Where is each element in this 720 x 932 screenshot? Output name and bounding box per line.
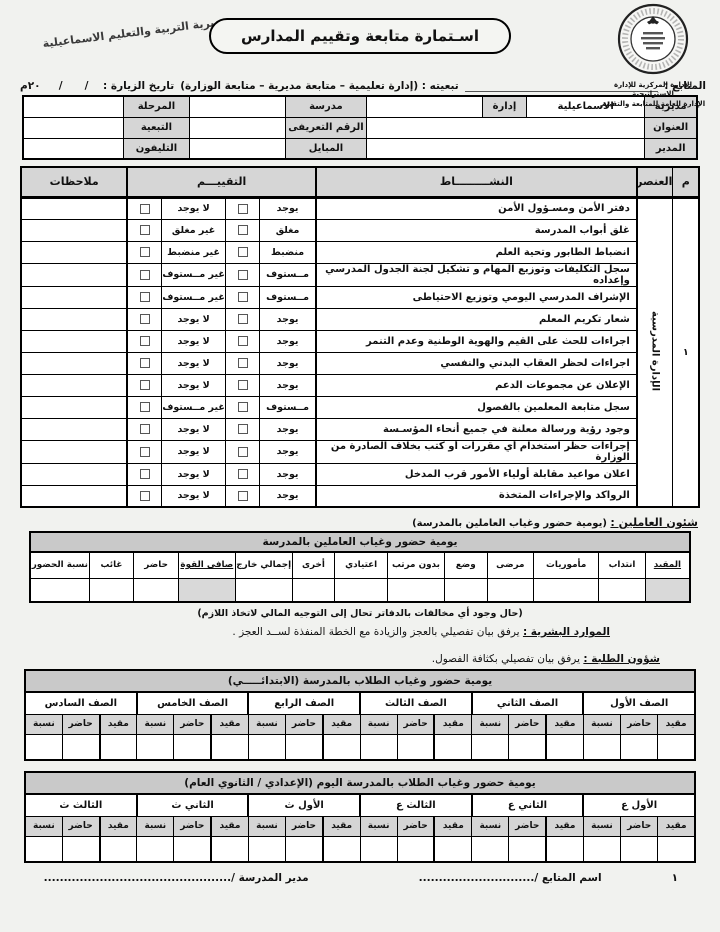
option2-checkbox[interactable] — [140, 270, 150, 280]
value-cell[interactable] — [621, 734, 658, 760]
option1-checkbox[interactable] — [238, 402, 248, 412]
option2-checkbox-cell — [127, 352, 161, 374]
subcol-rate: نسبة — [583, 816, 620, 836]
option2-checkbox-cell — [127, 374, 161, 396]
value-cell[interactable] — [286, 734, 323, 760]
value-cell[interactable] — [137, 734, 174, 760]
option2-checkbox[interactable] — [140, 447, 150, 457]
option1-checkbox-cell — [226, 241, 260, 263]
col-secondment: انتداب — [599, 552, 646, 578]
checklist-row: إجراءات حظر استخدام أي مقررات أو كتب بخل… — [21, 440, 699, 463]
hr-section-label: الموارد البشرية : — [523, 626, 610, 638]
value-cell[interactable] — [174, 836, 211, 862]
activity-cell: شعار تكريم المعلم — [316, 308, 637, 330]
option2-label: غير مــستوف — [161, 396, 225, 418]
option2-label: غير مــستوف — [161, 263, 225, 286]
secondary-students-table: يومية حضور وغياب الطلاب بالمدرسة اليوم (… — [24, 771, 696, 863]
option2-checkbox-cell — [127, 219, 161, 241]
grade-sec-3: الثالث ث — [25, 794, 137, 816]
checklist-row: غلق أبواب المدرسة مغلق غير مغلق — [21, 219, 699, 241]
primary-table-title-row: يومية حضور وغياب الطلاب بالمدرسة (الابتد… — [25, 670, 695, 692]
footer: ١ اسم المتابع /.........................… — [40, 872, 678, 884]
checklist-row: اجراءات لحظر العقاب البدني والنفسي يوجد … — [21, 352, 699, 374]
school-value[interactable] — [190, 96, 286, 117]
notes-cell[interactable] — [21, 286, 127, 308]
subcol-present: حاضر — [286, 816, 323, 836]
col-sick: مرضى — [487, 552, 534, 578]
subcol-rate: نسبة — [137, 816, 174, 836]
option1-checkbox[interactable] — [238, 491, 248, 501]
maternity-value[interactable] — [444, 578, 487, 602]
col-registered: المقيد — [645, 552, 690, 578]
directorate-side-note: مديرية التربية والتعليم الاسماعيلية — [42, 15, 228, 51]
option1-checkbox-cell — [226, 308, 260, 330]
attendance-rate-value[interactable] — [30, 578, 89, 602]
value-cell[interactable] — [25, 734, 62, 760]
option1-checkbox-cell — [226, 463, 260, 485]
subcol-rate: نسبة — [25, 816, 62, 836]
value-cell[interactable] — [100, 836, 137, 862]
ministry-seal-block: الإدارة المركزية للإدارة الاستراتيجية ال… — [594, 2, 712, 109]
subcol-rate: نسبة — [472, 816, 509, 836]
subcol-registered: مقيد — [100, 714, 137, 734]
secondary-table-title-row: يومية حضور وغياب الطلاب بالمدرسة اليوم (… — [25, 772, 695, 794]
option1-checkbox-cell — [226, 396, 260, 418]
option1-label: يوجد — [260, 308, 316, 330]
subcol-present: حاضر — [286, 714, 323, 734]
option1-label: يوجد — [260, 485, 316, 507]
activity-cell: سجل التكليفات وتوزيع المهام و تشكيل لجنة… — [316, 263, 637, 286]
affiliation-text: تبعيته : (إدارة تعليمية – متابعة مديرية … — [180, 80, 459, 92]
element-name-vertical: الإدارة المدرسية — [650, 311, 661, 391]
value-cell[interactable] — [546, 734, 583, 760]
element-number: ١ — [673, 197, 699, 507]
col-absent: غائب — [89, 552, 134, 578]
option1-label: مغلق — [260, 219, 316, 241]
checklist-row: الإعلان عن مجموعات الدعم يوجد لا يوجد — [21, 374, 699, 396]
notes-cell[interactable] — [21, 485, 127, 507]
subcol-rate: نسبة — [472, 714, 509, 734]
staff-attendance-table: يومية حضور وغياب العاملين بالمدرسة المقي… — [29, 531, 691, 603]
option2-checkbox[interactable] — [140, 247, 150, 257]
subcol-present: حاضر — [174, 816, 211, 836]
element-name-cell: الإدارة المدرسية — [637, 197, 673, 507]
value-cell[interactable] — [286, 836, 323, 862]
option2-checkbox-cell — [127, 263, 161, 286]
principal-signature[interactable]: مدير المدرسة /..........................… — [44, 872, 309, 884]
option2-checkbox[interactable] — [140, 402, 150, 412]
col-maternity: وضع — [444, 552, 487, 578]
grade-3: الصف الثالث — [360, 692, 472, 714]
option1-checkbox-cell — [226, 352, 260, 374]
subcol-present: حاضر — [174, 714, 211, 734]
notes-cell[interactable] — [21, 374, 127, 396]
value-cell[interactable] — [583, 734, 620, 760]
org-line-2: الإدارة العامة للمتابعة والتقييم — [594, 100, 712, 109]
subcol-present: حاضر — [62, 816, 99, 836]
value-cell[interactable] — [434, 836, 471, 862]
value-cell[interactable] — [248, 836, 285, 862]
checklist-row: شعار تكريم المعلم يوجد لا يوجد — [21, 308, 699, 330]
col-missions: مأموريات — [534, 552, 599, 578]
col-total-out: إجمالي خارج — [235, 552, 292, 578]
grade-1: الصف الأول — [583, 692, 695, 714]
value-cell[interactable] — [174, 734, 211, 760]
notes-cell[interactable] — [21, 330, 127, 352]
header-element: العنصر — [637, 167, 673, 197]
option1-checkbox-cell — [226, 440, 260, 463]
info-row-3: المدير المبايل التليفون — [23, 138, 697, 159]
staff-section-line: شئون العاملين : (يومية حضور وغياب العامل… — [20, 516, 698, 529]
option2-checkbox[interactable] — [140, 469, 150, 479]
option2-label: لا يوجد — [161, 352, 225, 374]
value-cell[interactable] — [211, 836, 248, 862]
option2-label: غير مــستوف — [161, 286, 225, 308]
notes-cell[interactable] — [21, 418, 127, 440]
value-cell[interactable] — [509, 734, 546, 760]
grade-sec-1: الأول ث — [248, 794, 360, 816]
label-telephone: التليفون — [123, 138, 189, 159]
primary-values-row — [25, 734, 695, 760]
col-other: أخرى — [292, 552, 335, 578]
col-present: حاضر — [134, 552, 179, 578]
value-cell[interactable] — [137, 836, 174, 862]
net-force-value[interactable] — [178, 578, 235, 602]
subcol-rate: نسبة — [360, 816, 397, 836]
value-cell[interactable] — [323, 734, 360, 760]
option2-checkbox-cell — [127, 418, 161, 440]
value-cell[interactable] — [62, 734, 99, 760]
secondary-table-title: يومية حضور وغياب الطلاب بالمدرسة اليوم (… — [25, 772, 695, 794]
option2-label: لا يوجد — [161, 374, 225, 396]
notes-cell[interactable] — [21, 308, 127, 330]
label-idara: إدارة — [482, 96, 526, 117]
primary-subheader-row: مقيد حاضر نسبة مقيد حاضر نسبة مقيد حاضر … — [25, 714, 695, 734]
value-cell[interactable] — [397, 836, 434, 862]
value-cell[interactable] — [211, 734, 248, 760]
secondary-subheader-row: مقيد حاضر نسبة مقيد حاضر نسبة مقيد حاضر … — [25, 816, 695, 836]
option2-checkbox[interactable] — [140, 424, 150, 434]
checklist-row: اجراءات للحث على القيم والهوية الوطنية و… — [21, 330, 699, 352]
grade-prep-3: الثالث ع — [360, 794, 472, 816]
activity-cell: اعلان مواعيد مقابلة أولياء الأمور قرب ال… — [316, 463, 637, 485]
value-cell[interactable] — [62, 836, 99, 862]
option2-checkbox-cell — [127, 308, 161, 330]
option1-checkbox-cell — [226, 286, 260, 308]
present-value[interactable] — [134, 578, 179, 602]
follower-signature[interactable]: اسم المتابع /...........................… — [419, 872, 602, 884]
option2-checkbox[interactable] — [140, 204, 150, 214]
secondary-title-text: يومية حضور وغياب الطلاب بالمدرسة اليوم — [317, 777, 536, 789]
option1-checkbox[interactable] — [238, 225, 248, 235]
unpaid-value[interactable] — [388, 578, 445, 602]
option2-checkbox-cell — [127, 485, 161, 507]
grade-4: الصف الرابع — [248, 692, 360, 714]
option1-label: يوجد — [260, 418, 316, 440]
secondary-values-row — [25, 836, 695, 862]
option1-label: مــستوف — [260, 396, 316, 418]
value-cell[interactable] — [434, 734, 471, 760]
col-net-force: صافى القوة — [178, 552, 235, 578]
students-section-label: شؤون الطلبة : — [583, 653, 660, 665]
grade-prep-2: الثاني ع — [472, 794, 584, 816]
subcol-registered: مقيد — [323, 714, 360, 734]
option1-checkbox-cell — [226, 374, 260, 396]
activity-cell: انضباط الطابور وتحية العلم — [316, 241, 637, 263]
option1-label: يوجد — [260, 374, 316, 396]
sick-value[interactable] — [487, 578, 534, 602]
subcol-rate: نسبة — [583, 714, 620, 734]
value-cell[interactable] — [509, 836, 546, 862]
label-stage: المرحلة — [123, 96, 189, 117]
option1-checkbox[interactable] — [238, 469, 248, 479]
header: مديرية التربية والتعليم الاسماعيلية اسـت… — [0, 0, 720, 78]
subcol-registered: مقيد — [546, 816, 583, 836]
staff-table-value-row — [30, 578, 690, 602]
header-notes: ملاحظات — [21, 167, 127, 197]
notes-cell[interactable] — [21, 219, 127, 241]
activity-cell: غلق أبواب المدرسة — [316, 219, 637, 241]
telephone-value[interactable] — [23, 138, 123, 159]
label-id-number: الرقم التعريفى — [286, 117, 366, 138]
subcol-registered: مقيد — [211, 816, 248, 836]
checklist-row: سجل التكليفات وتوزيع المهام و تشكيل لجنة… — [21, 263, 699, 286]
regular-leave-value[interactable] — [335, 578, 388, 602]
value-cell[interactable] — [472, 734, 509, 760]
col-regular-leave: اعتيادي — [335, 552, 388, 578]
option1-checkbox[interactable] — [238, 447, 248, 457]
notes-cell[interactable] — [21, 396, 127, 418]
subcol-rate: نسبة — [360, 714, 397, 734]
checklist-row: اعلان مواعيد مقابلة أولياء الأمور قرب ال… — [21, 463, 699, 485]
other-value[interactable] — [292, 578, 335, 602]
subcol-registered: مقيد — [323, 816, 360, 836]
page-number: ١ — [672, 872, 678, 884]
value-cell[interactable] — [658, 734, 695, 760]
option2-checkbox[interactable] — [140, 358, 150, 368]
option2-checkbox[interactable] — [140, 225, 150, 235]
secondment-value[interactable] — [599, 578, 646, 602]
activity-cell: الإعلان عن مجموعات الدعم — [316, 374, 637, 396]
option2-label: لا يوجد — [161, 418, 225, 440]
students-section-line: شؤون الطلبة : يرفق بيان تفصيلي بكثافة ال… — [0, 653, 660, 665]
col-attendance-rate: نسبة الحضور — [30, 552, 89, 578]
grade-5: الصف الخامس — [137, 692, 249, 714]
staff-table-header-row: المقيد انتداب مأموريات مرضى وضع بدون مرت… — [30, 552, 690, 578]
label-address: العنوان — [645, 117, 697, 138]
stage-value[interactable] — [23, 96, 123, 117]
secondary-grades-row: الأول ع الثاني ع الثالث ع الأول ث الثاني… — [25, 794, 695, 816]
value-cell[interactable] — [360, 836, 397, 862]
activity-cell: دفتر الأمن ومسـؤول الأمن — [316, 197, 637, 219]
activity-cell: وجود رؤية ورسالة معلنة في جميع أنحاء الم… — [316, 418, 637, 440]
notes-cell[interactable] — [21, 241, 127, 263]
header-evaluation: التقييـــم — [127, 167, 316, 197]
primary-title-text: يومية حضور وغياب الطلاب بالمدرسة — [303, 675, 492, 687]
value-cell[interactable] — [621, 836, 658, 862]
absent-value[interactable] — [89, 578, 134, 602]
checklist-row: الرواكد والإجراءات المتخذة يوجد لا يوجد — [21, 485, 699, 507]
grade-sec-2: الثاني ث — [137, 794, 249, 816]
subcol-registered: مقيد — [211, 714, 248, 734]
value-cell[interactable] — [658, 836, 695, 862]
option2-label: لا يوجد — [161, 440, 225, 463]
option2-label: لا يوجد — [161, 485, 225, 507]
option1-checkbox-cell — [226, 219, 260, 241]
value-cell[interactable] — [323, 836, 360, 862]
address-value[interactable] — [366, 117, 645, 138]
subcol-present: حاضر — [397, 714, 434, 734]
col-unpaid: بدون مرتب — [388, 552, 445, 578]
checklist-row: الإشراف المدرسي اليومي وتوزيع الاحتياطى … — [21, 286, 699, 308]
label-school: مدرسة — [286, 96, 366, 117]
idara-value[interactable] — [366, 96, 482, 117]
value-cell[interactable] — [360, 734, 397, 760]
subcol-present: حاضر — [509, 816, 546, 836]
subcol-registered: مقيد — [658, 714, 695, 734]
grade-2: الصف الثاني — [472, 692, 584, 714]
checklist-header-row: م العنصر النشـــــــــاط التقييـــم ملاح… — [21, 167, 699, 197]
checklist-row: انضباط الطابور وتحية العلم منضبط غير منض… — [21, 241, 699, 263]
checklist-row: وجود رؤية ورسالة معلنة في جميع أنحاء الم… — [21, 418, 699, 440]
option1-checkbox[interactable] — [238, 358, 248, 368]
option1-checkbox-cell — [226, 263, 260, 286]
option1-label: يوجد — [260, 330, 316, 352]
option2-label: لا يوجد — [161, 308, 225, 330]
option1-label: يوجد — [260, 352, 316, 374]
principal-value[interactable] — [366, 138, 645, 159]
label-affiliation: التبعية — [123, 117, 189, 138]
mobile-value[interactable] — [190, 138, 286, 159]
option1-checkbox[interactable] — [238, 204, 248, 214]
primary-students-table: يومية حضور وغياب الطلاب بالمدرسة (الابتد… — [24, 669, 696, 761]
option1-label: مــستوف — [260, 286, 316, 308]
checklist-table: م العنصر النشـــــــــاط التقييـــم ملاح… — [20, 166, 700, 508]
value-cell[interactable] — [472, 836, 509, 862]
option1-label: يوجد — [260, 440, 316, 463]
primary-table-title: يومية حضور وغياب الطلاب بالمدرسة (الابتد… — [25, 670, 695, 692]
option2-checkbox[interactable] — [140, 336, 150, 346]
staff-section-note: (يومية حضور وغياب العاملين بالمدرسة) — [412, 518, 607, 529]
subcol-rate: نسبة — [248, 816, 285, 836]
violations-note: (حال وجود أي مخالفات بالدفاتر تحال إلى ا… — [0, 608, 720, 619]
ministry-seal-icon — [616, 2, 690, 76]
option2-checkbox-cell — [127, 440, 161, 463]
label-mobile: المبايل — [286, 138, 366, 159]
option2-checkbox-cell — [127, 463, 161, 485]
option1-checkbox[interactable] — [238, 247, 248, 257]
value-cell[interactable] — [100, 734, 137, 760]
notes-cell[interactable] — [21, 440, 127, 463]
option2-checkbox-cell — [127, 396, 161, 418]
primary-grades-row: الصف الأول الصف الثاني الصف الثالث الصف … — [25, 692, 695, 714]
id-number-value[interactable] — [190, 117, 286, 138]
staff-table-title-row: يومية حضور وغياب العاملين بالمدرسة — [30, 532, 690, 552]
option1-label: مــستوف — [260, 263, 316, 286]
grade-prep-1: الأول ع — [583, 794, 695, 816]
option2-checkbox-cell — [127, 197, 161, 219]
subcol-registered: مقيد — [434, 714, 471, 734]
option2-checkbox[interactable] — [140, 292, 150, 302]
staff-section-label: شئون العاملين : — [610, 516, 698, 529]
header-num: م — [673, 167, 699, 197]
activity-cell: سجل متابعة المعلمين بالفصول — [316, 396, 637, 418]
value-cell[interactable] — [583, 836, 620, 862]
activity-cell: الإشراف المدرسي اليومي وتوزيع الاحتياطى — [316, 286, 637, 308]
option1-checkbox[interactable] — [238, 380, 248, 390]
option1-label: يوجد — [260, 197, 316, 219]
option1-label: منضبط — [260, 241, 316, 263]
option1-checkbox-cell — [226, 197, 260, 219]
subcol-present: حاضر — [621, 816, 658, 836]
subcol-present: حاضر — [62, 714, 99, 734]
option2-label: غير مغلق — [161, 219, 225, 241]
form-title-text: اسـتمارة متابعة وتقييم المدارس — [241, 27, 479, 45]
option2-label: لا يوجد — [161, 197, 225, 219]
checklist-row: ١ الإدارة المدرسية دفتر الأمن ومسـؤول ال… — [21, 197, 699, 219]
subcol-present: حاضر — [621, 714, 658, 734]
option1-checkbox[interactable] — [238, 314, 248, 324]
staff-table-title: يومية حضور وغياب العاملين بالمدرسة — [30, 532, 690, 552]
checklist-row: سجل متابعة المعلمين بالفصول مــستوف غير … — [21, 396, 699, 418]
subcol-registered: مقيد — [658, 816, 695, 836]
hr-section-line: الموارد البشرية : يرفق بيان تفصيلي بالعج… — [0, 626, 610, 638]
label-principal: المدير — [645, 138, 697, 159]
org-line-1: الإدارة المركزية للإدارة الاستراتيجية — [594, 81, 712, 100]
option2-checkbox[interactable] — [140, 491, 150, 501]
subcol-rate: نسبة — [25, 714, 62, 734]
option1-checkbox[interactable] — [238, 270, 248, 280]
subcol-rate: نسبة — [248, 714, 285, 734]
activity-cell: اجراءات للحث على القيم والهوية الوطنية و… — [316, 330, 637, 352]
hr-section-text: يرفق بيان تفصيلي بالعجز والزيادة مع الخط… — [232, 626, 519, 638]
option1-checkbox[interactable] — [238, 336, 248, 346]
header-activity: النشـــــــــاط — [316, 167, 637, 197]
notes-cell[interactable] — [21, 352, 127, 374]
notes-cell[interactable] — [21, 463, 127, 485]
visit-date-field[interactable]: تاريخ الزيارة : / / ٢٠م — [20, 80, 174, 92]
total-out-value[interactable] — [235, 578, 292, 602]
value-cell[interactable] — [397, 734, 434, 760]
grade-6: الصف السادس — [25, 692, 137, 714]
subcol-registered: مقيد — [434, 816, 471, 836]
missions-value[interactable] — [534, 578, 599, 602]
subcol-present: حاضر — [397, 816, 434, 836]
option1-checkbox-cell — [226, 330, 260, 352]
option1-checkbox-cell — [226, 485, 260, 507]
option1-label: يوجد — [260, 463, 316, 485]
notes-cell[interactable] — [21, 197, 127, 219]
value-cell[interactable] — [546, 836, 583, 862]
option2-checkbox[interactable] — [140, 380, 150, 390]
value-cell[interactable] — [25, 836, 62, 862]
notes-cell[interactable] — [21, 263, 127, 286]
affiliation-value[interactable] — [23, 117, 123, 138]
option2-checkbox[interactable] — [140, 314, 150, 324]
subcol-present: حاضر — [509, 714, 546, 734]
subcol-rate: نسبة — [137, 714, 174, 734]
form-page: مديرية التربية والتعليم الاسماعيلية اسـت… — [0, 0, 720, 932]
option1-checkbox[interactable] — [238, 292, 248, 302]
option2-checkbox-cell — [127, 241, 161, 263]
option1-checkbox[interactable] — [238, 424, 248, 434]
option2-label: لا يوجد — [161, 330, 225, 352]
value-cell[interactable] — [248, 734, 285, 760]
registered-value[interactable] — [645, 578, 690, 602]
primary-title-suffix: (الابتدائـــــي) — [228, 675, 299, 687]
form-title: اسـتمارة متابعة وتقييم المدارس — [209, 18, 511, 54]
info-row-2: العنوان الرقم التعريفى التبعية — [23, 117, 697, 138]
